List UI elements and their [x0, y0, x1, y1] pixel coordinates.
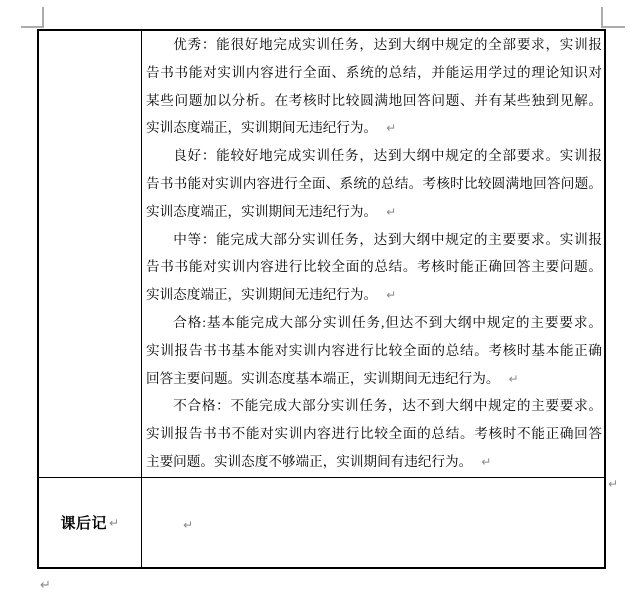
- grading-criteria-table: 优秀：能很好地完成实训任务，达到大纲中规定的全部要求，实训报告书书能对实训内容进…: [37, 29, 606, 569]
- text-line: 告书书能对实训内容进行全面、系统的总结，并能运用学过的理论知识对: [146, 59, 602, 87]
- row-end-pilcrow-mark: ↵: [608, 478, 618, 490]
- pilcrow-mark: ↵: [508, 372, 518, 386]
- text-line: 实训报告书书基本能对实训内容进行比较全面的总结。考核时基本能正确: [146, 337, 602, 365]
- text-line: 良好：能较好地完成实训任务，达到大纲中规定的全部要求。实训报: [146, 142, 602, 170]
- text-line-content: 实训报告书书基本能对实训内容进行比较全面的总结。考核时基本能正确: [146, 343, 602, 358]
- text-line-content: 实训态度端正，实训期间无违纪行为。: [146, 204, 377, 219]
- empty-label-cell: [39, 31, 141, 477]
- text-line: 告书书能对实训内容进行全面、系统的总结。考核时比较圆满地回答问题。: [146, 170, 602, 198]
- text-line: 不合格：不能完成大部分实训任务，达不到大纲中规定的主要要求。: [146, 392, 602, 420]
- text-line-content: 实训报告书书不能对实训内容进行比较全面的总结。考核时不能正确回答: [146, 426, 602, 441]
- pilcrow-mark: ↵: [109, 517, 120, 529]
- text-line: 实训态度端正，实训期间无违纪行为。↵: [146, 114, 602, 142]
- text-line: 实训报告书书不能对实训内容进行比较全面的总结。考核时不能正确回答: [146, 420, 602, 448]
- notes-label-text: 课后记: [60, 512, 107, 533]
- text-line-content: 回答主要问题。实训态度基本端正，实训期间无违纪行为。: [146, 371, 499, 386]
- pilcrow-mark: ↵: [386, 288, 396, 302]
- margin-crop-mark-top-right: [601, 26, 625, 28]
- text-line: 某些问题加以分析。在考核时比较圆满地回答问题、并有某些独到见解。: [146, 87, 602, 115]
- text-line: 中等：能完成大部分实训任务，达到大纲中规定的主要要求。实训报: [146, 226, 602, 254]
- margin-crop-mark-top-left: [42, 7, 44, 28]
- text-line-content: 良好：能较好地完成实训任务，达到大纲中规定的全部要求。实训报: [173, 148, 602, 163]
- text-line-content: 主要问题。实训态度不够端正，实训期间有违纪行为。: [146, 454, 472, 469]
- pilcrow-mark: ↵: [481, 455, 491, 469]
- notes-label-cell: 课后记↵: [39, 477, 141, 567]
- text-line-content: 告书书能对实训内容进行全面、系统的总结。考核时比较圆满地回答问题。: [146, 176, 602, 191]
- text-line-content: 告书书能对实训内容进行比较全面的总结。考核时能正确回答主要问题。: [146, 259, 602, 274]
- text-line: 实训态度端正，实训期间无违纪行为。↵: [146, 281, 602, 309]
- text-line: 合格:基本能完成大部分实训任务,但达不到大纲中规定的主要要求。: [146, 309, 602, 337]
- text-line-content: 中等：能完成大部分实训任务，达到大纲中规定的主要要求。实训报: [173, 232, 602, 247]
- criteria-cell: 优秀：能很好地完成实训任务，达到大纲中规定的全部要求，实训报告书书能对实训内容进…: [141, 31, 604, 477]
- text-line: 主要问题。实训态度不够端正，实训期间有违纪行为。↵: [146, 448, 602, 476]
- text-line-content: 合格:基本能完成大部分实训任务,但达不到大纲中规定的主要要求。: [173, 315, 602, 330]
- text-line: 告书书能对实训内容进行比较全面的总结。考核时能正确回答主要问题。: [146, 253, 602, 281]
- text-line-content: 优秀：能很好地完成实训任务，达到大纲中规定的全部要求，实训报: [173, 37, 602, 52]
- notes-content-cell: ↵: [141, 477, 604, 567]
- text-line-content: 不合格：不能完成大部分实训任务，达不到大纲中规定的主要要求。: [173, 398, 602, 413]
- text-line-content: 实训态度端正，实训期间无违纪行为。: [146, 287, 377, 302]
- pilcrow-mark: ↵: [183, 519, 193, 531]
- text-line: 回答主要问题。实训态度基本端正，实训期间无违纪行为。↵: [146, 365, 602, 393]
- document-page: 优秀：能很好地完成实训任务，达到大纲中规定的全部要求，实训报告书书能对实训内容进…: [0, 0, 633, 612]
- pilcrow-mark: ↵: [386, 205, 396, 219]
- pilcrow-mark: ↵: [386, 121, 396, 135]
- text-line-content: 实训态度端正，实训期间无违纪行为。: [146, 120, 377, 135]
- margin-crop-mark-top-left: [21, 26, 44, 28]
- margin-crop-mark-top-right: [601, 7, 603, 28]
- text-line: 优秀：能很好地完成实训任务，达到大纲中规定的全部要求，实训报: [146, 31, 602, 59]
- text-line-content: 某些问题加以分析。在考核时比较圆满地回答问题、并有某些独到见解。: [146, 93, 602, 108]
- text-line: 实训态度端正，实训期间无违纪行为。↵: [146, 198, 602, 226]
- text-line-content: 告书书能对实训内容进行全面、系统的总结，并能运用学过的理论知识对: [146, 65, 602, 80]
- pilcrow-mark: ↵: [40, 579, 51, 592]
